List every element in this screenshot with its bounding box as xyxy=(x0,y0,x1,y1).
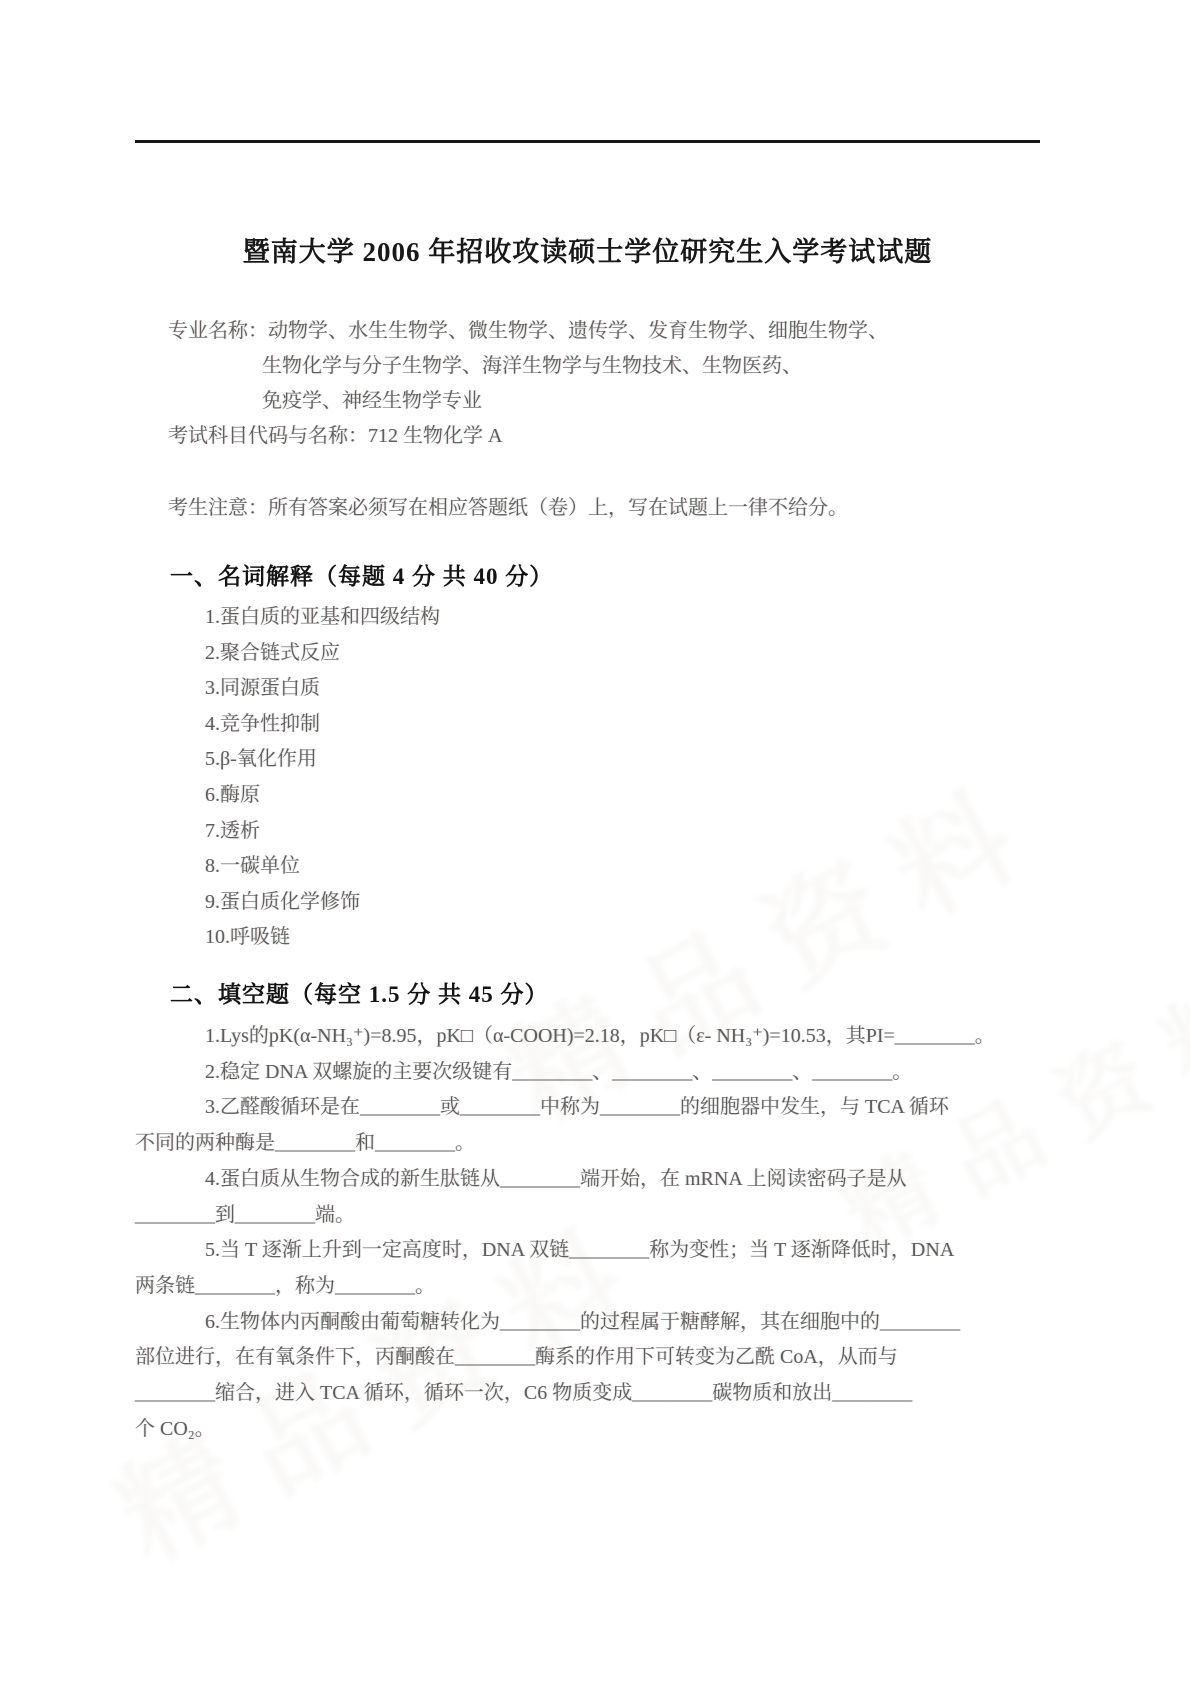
majors-line-2: 生物化学与分子生物学、海洋生物学与生物技术、生物医药、 xyxy=(135,349,1055,384)
candidate-notice: 考生注意：所有答案必须写在相应答题纸（卷）上，写在试题上一律不给分。 xyxy=(135,491,1055,526)
exam-paper-page: 精品资料 精品资料 精品资料 暨南大学 2006 年招收攻读硕士学位研究生入学考… xyxy=(0,0,1190,1683)
term-item-7: 7.透析 xyxy=(135,814,1055,850)
fill-blank-q4-line2: ________到________端。 xyxy=(135,1198,1065,1234)
fill-blank-q6-line1: 6.生物体内丙酮酸由葡萄糖转化为________的过程属于糖酵解，其在细胞中的_… xyxy=(135,1305,1065,1341)
term-item-4: 4.竞争性抑制 xyxy=(135,707,1055,743)
section-2-heading: 二、填空题（每空 1.5 分 共 45 分） xyxy=(170,976,549,1009)
fill-blank-q6-line2: 部位进行，在有氧条件下，丙酮酸在________酶系的作用下可转变为乙酰 CoA… xyxy=(135,1340,1065,1376)
section-2-questions: 1.Lys的pK(α-NH₃⁺)=8.95，pK□（α-COOH)=2.18，p… xyxy=(135,1019,1065,1447)
term-item-1: 1.蛋白质的亚基和四级结构 xyxy=(135,600,1055,636)
fill-blank-q6-line4: 个 CO₂。 xyxy=(135,1412,1065,1448)
fill-blank-q6-line3: ________缩合，进入 TCA 循环，循环一次，C6 物质变成_______… xyxy=(135,1376,1065,1412)
fill-blank-q2-line1: 2.稳定 DNA 双螺旋的主要次级键有________、________、___… xyxy=(135,1055,1065,1091)
fill-blank-q3-line2: 不同的两种酶是________和________。 xyxy=(135,1126,1065,1162)
fill-blank-q5-line2: 两条链________，称为________。 xyxy=(135,1269,1065,1305)
majors-line-1: 专业名称：动物学、水生生物学、微生物学、遗传学、发育生物学、细胞生物学、 xyxy=(135,314,1055,349)
term-item-3: 3.同源蛋白质 xyxy=(135,671,1055,707)
fill-blank-q5-line1: 5.当 T 逐渐上升到一定高度时，DNA 双链________称为变性；当 T … xyxy=(135,1233,1065,1269)
term-item-8: 8.一碳单位 xyxy=(135,849,1055,885)
term-item-9: 9.蛋白质化学修饰 xyxy=(135,885,1055,921)
section-1-heading: 一、名词解释（每题 4 分 共 40 分） xyxy=(170,558,553,591)
fill-blank-q4-line1: 4.蛋白质从生物合成的新生肽链从________端开始，在 mRNA 上阅读密码… xyxy=(135,1162,1065,1198)
term-item-10: 10.呼吸链 xyxy=(135,920,1055,956)
term-item-6: 6.酶原 xyxy=(135,778,1055,814)
section-1-items: 1.蛋白质的亚基和四级结构 2.聚合链式反应 3.同源蛋白质 4.竞争性抑制 5… xyxy=(135,600,1055,956)
term-item-5: 5.β-氧化作用 xyxy=(135,742,1055,778)
page-title: 暨南大学 2006 年招收攻读硕士学位研究生入学考试试题 xyxy=(135,230,1040,269)
fill-blank-q3-line1: 3.乙醛酸循环是在________或________中称为________的细胞… xyxy=(135,1090,1065,1126)
header-divider xyxy=(135,140,1040,143)
fill-blank-q1-line1: 1.Lys的pK(α-NH₃⁺)=8.95，pK□（α-COOH)=2.18，p… xyxy=(135,1019,1065,1055)
majors-line-3: 免疫学、神经生物学专业 xyxy=(135,384,1055,419)
term-item-2: 2.聚合链式反应 xyxy=(135,636,1055,672)
subject-code-line: 考试科目代码与名称：712 生物化学 A xyxy=(135,419,1055,454)
header-block: 专业名称：动物学、水生生物学、微生物学、遗传学、发育生物学、细胞生物学、 生物化… xyxy=(135,314,1055,526)
